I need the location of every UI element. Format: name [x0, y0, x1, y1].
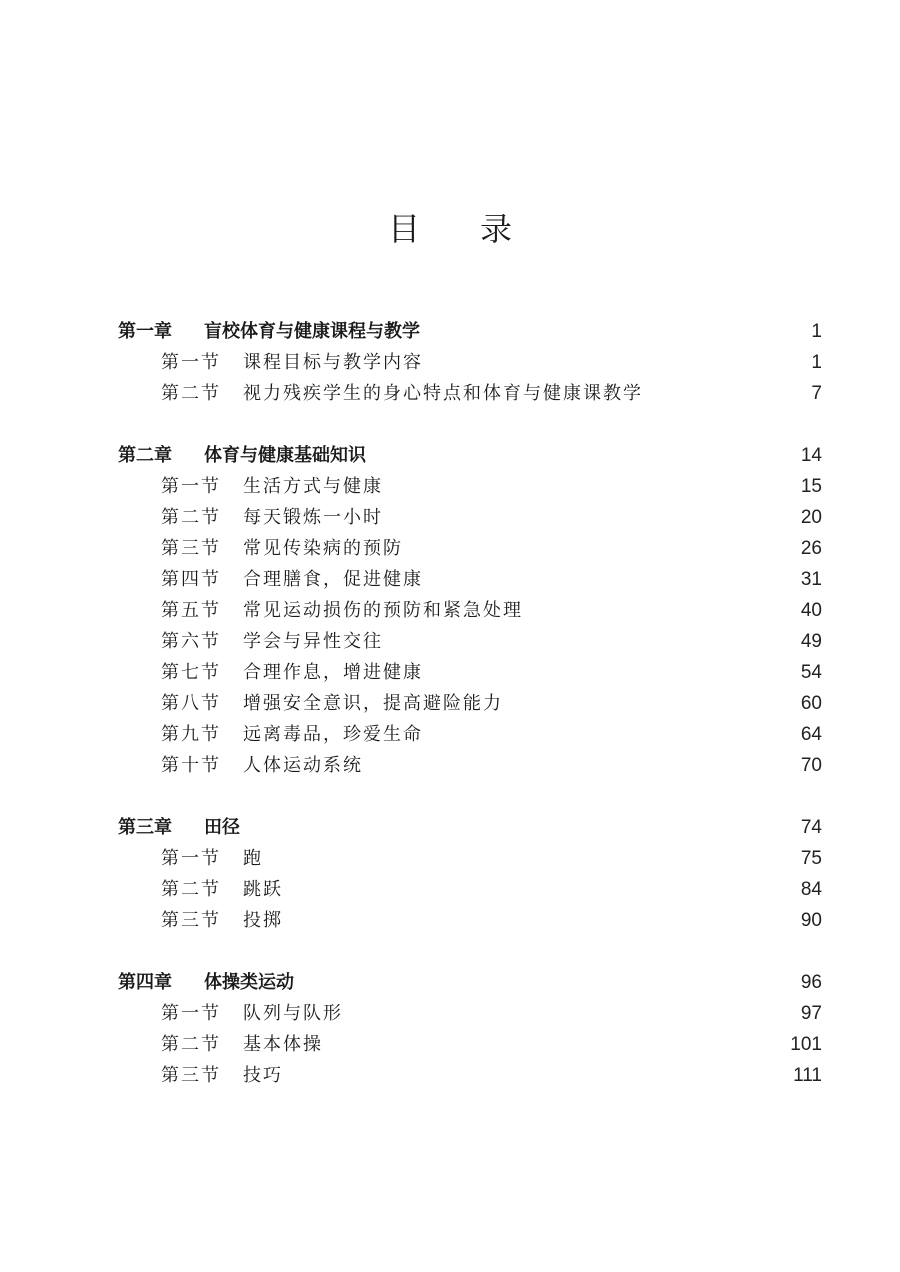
- page-number: 7: [811, 378, 822, 409]
- chapter-title: 田径: [204, 812, 240, 843]
- chapter-title: 体操类运动: [204, 967, 294, 998]
- section-title: 学会与异性交往: [243, 626, 383, 657]
- section-title: 常见运动损伤的预防和紧急处理: [243, 595, 523, 626]
- section-title: 常见传染病的预防: [243, 533, 403, 564]
- section-title: 远离毒品，珍爱生命: [243, 719, 423, 750]
- toc-section-entry[interactable]: 第五节常见运动损伤的预防和紧急处理 40: [118, 595, 822, 626]
- section-number: 第三节: [161, 905, 243, 936]
- section-title: 合理膳食，促进健康: [243, 564, 423, 595]
- page-number: 101: [790, 1029, 822, 1060]
- section-number: 第五节: [161, 595, 243, 626]
- chapter-title: 盲校体育与健康课程与教学: [204, 316, 420, 347]
- chapter-title: 体育与健康基础知识: [204, 440, 366, 471]
- toc-chapter-4: 第四章体操类运动 96 第一节队列与队形 97 第二节基本体操 101 第三节技…: [118, 967, 822, 1091]
- toc-section-entry[interactable]: 第一节生活方式与健康 15: [118, 471, 822, 502]
- toc-section-entry[interactable]: 第三节投掷 90: [118, 905, 822, 936]
- section-title: 技巧: [243, 1060, 283, 1091]
- page-number: 70: [801, 750, 822, 781]
- toc-section-entry[interactable]: 第二节每天锻炼一小时 20: [118, 502, 822, 533]
- section-number: 第二节: [161, 502, 243, 533]
- page-number: 64: [801, 719, 822, 750]
- toc-section-entry[interactable]: 第四节合理膳食，促进健康 31: [118, 564, 822, 595]
- page-number: 20: [801, 502, 822, 533]
- section-number: 第六节: [161, 626, 243, 657]
- section-number: 第二节: [161, 874, 243, 905]
- page-number: 31: [801, 564, 822, 595]
- page-number: 111: [793, 1060, 822, 1091]
- toc-section-entry[interactable]: 第八节增强安全意识，提高避险能力 60: [118, 688, 822, 719]
- toc-section-entry[interactable]: 第六节学会与异性交往 49: [118, 626, 822, 657]
- toc-section-entry[interactable]: 第二节基本体操 101: [118, 1029, 822, 1060]
- page-number: 54: [801, 657, 822, 688]
- section-title: 课程目标与教学内容: [243, 347, 423, 378]
- page-number: 40: [801, 595, 822, 626]
- chapter-number: 第二章: [118, 440, 204, 471]
- section-number: 第三节: [161, 533, 243, 564]
- section-title: 队列与队形: [243, 998, 343, 1029]
- section-title: 增强安全意识，提高避险能力: [243, 688, 503, 719]
- chapter-number: 第四章: [118, 967, 204, 998]
- toc-section-entry[interactable]: 第二节跳跃 84: [118, 874, 822, 905]
- toc-chapter-entry[interactable]: 第三章田径 74: [118, 812, 822, 843]
- page-number: 49: [801, 626, 822, 657]
- page-title-char: 目: [388, 209, 420, 249]
- toc-chapter-2: 第二章体育与健康基础知识 14 第一节生活方式与健康 15 第二节每天锻炼一小时…: [118, 440, 822, 781]
- toc-section-entry[interactable]: 第三节技巧 111: [118, 1060, 822, 1091]
- section-number: 第二节: [161, 1029, 243, 1060]
- section-number: 第一节: [161, 843, 243, 874]
- toc-chapter-entry[interactable]: 第一章盲校体育与健康课程与教学 1: [118, 316, 822, 347]
- page-number: 60: [801, 688, 822, 719]
- section-title: 投掷: [243, 905, 283, 936]
- toc-section-entry[interactable]: 第一节跑 75: [118, 843, 822, 874]
- table-of-contents: 第一章盲校体育与健康课程与教学 1 第一节课程目标与教学内容 1 第二节视力残疾…: [118, 316, 822, 1122]
- toc-section-entry[interactable]: 第一节课程目标与教学内容 1: [118, 347, 822, 378]
- section-number: 第一节: [161, 347, 243, 378]
- section-number: 第二节: [161, 378, 243, 409]
- page-number: 14: [801, 440, 822, 471]
- toc-chapter-entry[interactable]: 第二章体育与健康基础知识 14: [118, 440, 822, 471]
- section-title: 基本体操: [243, 1029, 323, 1060]
- chapter-number: 第一章: [118, 316, 204, 347]
- page-number: 84: [801, 874, 822, 905]
- section-number: 第八节: [161, 688, 243, 719]
- page-number: 74: [801, 812, 822, 843]
- section-title: 跑: [243, 843, 263, 874]
- section-number: 第七节: [161, 657, 243, 688]
- chapter-number: 第三章: [118, 812, 204, 843]
- toc-section-entry[interactable]: 第十节人体运动系统 70: [118, 750, 822, 781]
- section-number: 第十节: [161, 750, 243, 781]
- section-title: 人体运动系统: [243, 750, 363, 781]
- toc-section-entry[interactable]: 第九节远离毒品，珍爱生命 64: [118, 719, 822, 750]
- page-number: 1: [811, 347, 822, 378]
- section-number: 第一节: [161, 471, 243, 502]
- page-title-char: 录: [480, 209, 512, 249]
- page-number: 96: [801, 967, 822, 998]
- toc-section-entry[interactable]: 第三节常见传染病的预防 26: [118, 533, 822, 564]
- section-number: 第四节: [161, 564, 243, 595]
- page-number: 75: [801, 843, 822, 874]
- section-title: 视力残疾学生的身心特点和体育与健康课教学: [243, 378, 643, 409]
- page-title: 目录: [0, 209, 900, 249]
- section-title: 跳跃: [243, 874, 283, 905]
- section-title: 生活方式与健康: [243, 471, 383, 502]
- section-title: 每天锻炼一小时: [243, 502, 383, 533]
- toc-section-entry[interactable]: 第一节队列与队形 97: [118, 998, 822, 1029]
- page-number: 97: [801, 998, 822, 1029]
- section-number: 第九节: [161, 719, 243, 750]
- toc-section-entry[interactable]: 第二节视力残疾学生的身心特点和体育与健康课教学 7: [118, 378, 822, 409]
- page-number: 26: [801, 533, 822, 564]
- page-number: 90: [801, 905, 822, 936]
- toc-chapter-3: 第三章田径 74 第一节跑 75 第二节跳跃 84 第三节投掷 90: [118, 812, 822, 936]
- toc-chapter-entry[interactable]: 第四章体操类运动 96: [118, 967, 822, 998]
- section-title: 合理作息，增进健康: [243, 657, 423, 688]
- toc-section-entry[interactable]: 第七节合理作息，增进健康 54: [118, 657, 822, 688]
- section-number: 第三节: [161, 1060, 243, 1091]
- section-number: 第一节: [161, 998, 243, 1029]
- toc-chapter-1: 第一章盲校体育与健康课程与教学 1 第一节课程目标与教学内容 1 第二节视力残疾…: [118, 316, 822, 409]
- page-number: 15: [801, 471, 822, 502]
- page-number: 1: [811, 316, 822, 347]
